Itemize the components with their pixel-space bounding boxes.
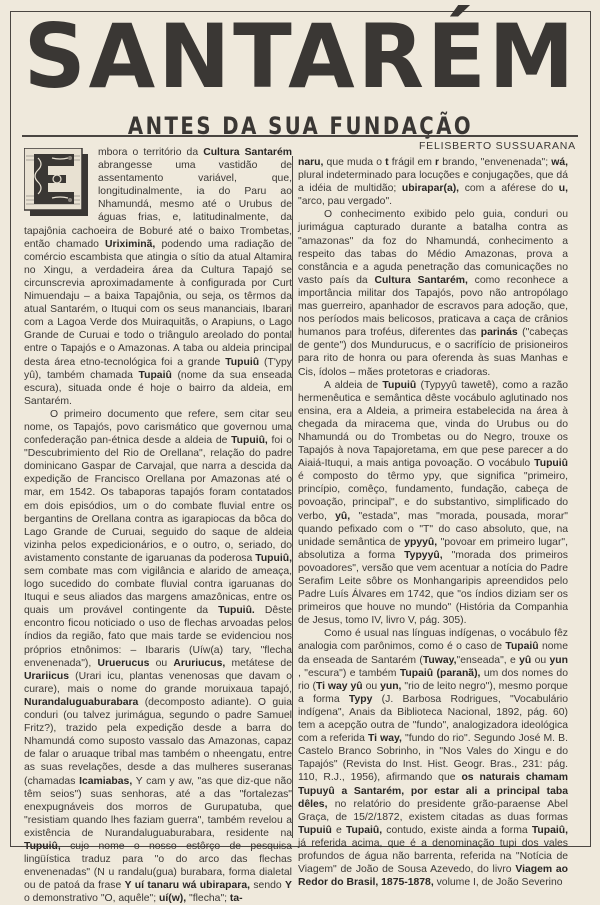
text-run: (Typyyû tawetê), como a razão hermenêuti… xyxy=(298,380,568,470)
bold-text-run: Typy xyxy=(349,694,372,705)
text-run: brando, "envenenada"; xyxy=(439,157,551,168)
bold-text-run: ubirapar(a), xyxy=(402,183,459,194)
text-run: "enseada", e xyxy=(457,655,520,666)
bold-text-run: Tupaiû (paranã), xyxy=(400,668,481,679)
text-run: frágil em xyxy=(389,157,435,168)
text-run: já referida acima, que é a denominação t… xyxy=(298,838,568,857)
bold-text-run: Ti way, xyxy=(368,733,402,744)
paragraph-1: mbora o território da Cultura Santarém a… xyxy=(24,146,292,408)
text-run: contudo, existe ainda a forma xyxy=(382,825,532,836)
article-title: SANTARÉM xyxy=(11,16,590,98)
paragraph-2: O primeiro documento que refere, sem cit… xyxy=(24,408,292,857)
text-run: ou xyxy=(531,655,549,666)
bold-text-run: Tupuiû, xyxy=(24,841,61,852)
bold-text-run: Urueru­cus xyxy=(97,658,149,669)
text-run: "morada dos primeiros povoadores", versã… xyxy=(298,550,568,626)
bold-text-run: Tupuiû. xyxy=(218,605,255,616)
bold-text-run: Uriximinã, xyxy=(105,239,155,250)
bold-text-run: Aruriucus, xyxy=(173,658,225,669)
bold-text-run: Tupaiû xyxy=(505,641,538,652)
bold-text-run: Tupuiû xyxy=(534,458,568,469)
bold-text-run: Tupaiû xyxy=(139,370,172,381)
bold-text-run: Tupuiû xyxy=(225,357,259,368)
bold-text-run: Tupaiû, xyxy=(532,825,568,836)
bold-text-run: Tupuiû, xyxy=(255,553,292,564)
bold-text-run: Tupaiû, xyxy=(346,825,382,836)
bold-text-run: Ti way yû xyxy=(316,681,363,692)
bold-text-run: Cultura Santarém xyxy=(203,147,292,158)
bold-text-run: yun xyxy=(550,655,568,666)
text-run: no relatório do presidente grão-paraense… xyxy=(298,799,568,823)
text-run: que muda o xyxy=(323,157,385,168)
text-run: (decomposto adiante). O guia conduri (ou… xyxy=(24,697,292,787)
bold-text-run: naru, xyxy=(298,157,323,168)
bold-text-run: Tupuiû, xyxy=(231,435,268,446)
paragraph-3: naru, que muda o t frágil em r brando, "… xyxy=(298,156,568,208)
bold-text-run: Icamiabas, xyxy=(79,776,132,787)
bold-text-run: Tupuiû xyxy=(382,380,416,391)
author-byline: FELISBERTO SUSSUARANA xyxy=(419,140,576,152)
bold-text-run: ypyyû, xyxy=(404,537,437,548)
bold-text-run: Tuway, xyxy=(423,655,457,666)
left-column: mbora o território da Cultura Santarém a… xyxy=(24,146,292,857)
bold-text-run: parinás xyxy=(481,327,518,338)
bold-text-run: Typyyû, xyxy=(404,550,443,561)
bold-text-run: u, xyxy=(559,183,568,194)
text-run: mbora o território da xyxy=(98,147,203,158)
text-run: com a aférese do xyxy=(459,183,559,194)
paragraph-6: Como é usual nas línguas indígenas, o vo… xyxy=(298,627,568,857)
bold-text-run: Urariicus xyxy=(24,671,69,682)
right-column: naru, que muda o t frágil em r brando, "… xyxy=(298,156,568,857)
text-run: A aldeia de xyxy=(324,380,382,391)
column-divider xyxy=(292,156,293,838)
bold-text-run: Nurandaluguaburabara xyxy=(24,697,138,708)
bold-text-run: yun, xyxy=(380,681,401,692)
text-run: , "escura") e também xyxy=(298,668,400,679)
bold-text-run: yû xyxy=(519,655,531,666)
paragraph-4: O conhecimento exibido pelo guia, condur… xyxy=(298,208,568,378)
text-run: ou xyxy=(363,681,380,692)
text-run: metátese de xyxy=(225,658,292,669)
paragraph-5: A aldeia de Tupuiû (Typyyû tawetê), como… xyxy=(298,379,568,628)
text-run: podendo uma radiação de comércio escambi… xyxy=(24,239,292,368)
header-rule xyxy=(22,135,578,137)
ornamental-initial-e-icon xyxy=(24,148,90,218)
text-run: cujo nome o nosso estôrço de pesquisa li… xyxy=(24,841,292,857)
text-run: ou xyxy=(149,658,173,669)
bold-text-run: Cultura Santarém, xyxy=(374,275,467,286)
bold-text-run: Tupuiû xyxy=(298,825,332,836)
bold-text-run: wá, xyxy=(551,157,568,168)
text-run: foi o "Descubrimiento del Rio de Orellan… xyxy=(24,435,292,564)
bold-text-run: yû, xyxy=(335,511,350,522)
text-run: e xyxy=(332,825,346,836)
text-run: "arco, pau vergado". xyxy=(298,196,392,207)
